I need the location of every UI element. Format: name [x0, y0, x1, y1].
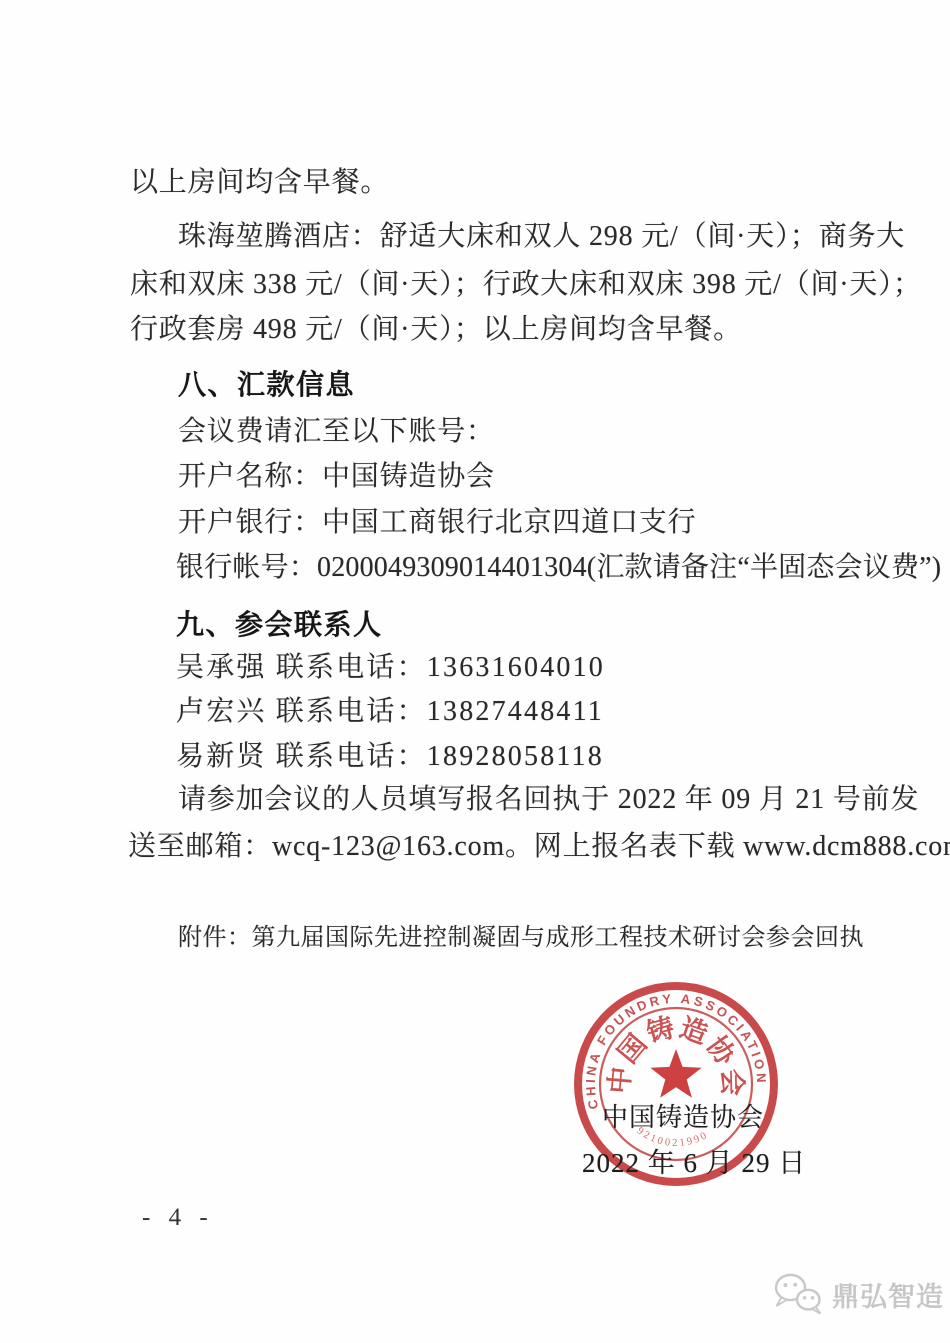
seal-star-icon	[650, 1049, 701, 1098]
section-heading-remittance: 八、汇款信息	[178, 366, 355, 404]
remittance-line-account-name: 开户名称：中国铸造协会	[178, 458, 495, 496]
contact-person-3: 易新贤 联系电话：18928058118	[176, 738, 604, 776]
contact-person-2: 卢宏兴 联系电话：13827448411	[176, 693, 604, 731]
remittance-line-bank: 开户银行：中国工商银行北京四道口支行	[178, 504, 696, 542]
document-page: 以上房间均含早餐。 珠海堃腾酒店：舒适大床和双人 298 元/（间·天）；商务大…	[0, 0, 950, 1343]
hotel-paragraph-line-2: 珠海堃腾酒店：舒适大床和双人 298 元/（间·天）；商务大	[178, 218, 905, 256]
hotel-paragraph-line-4: 行政套房 498 元/（间·天）；以上房间均含早餐。	[130, 311, 742, 349]
page-number: - 4 -	[142, 1204, 210, 1232]
registration-note-line-2: 送至邮箱：wcq-123@163.com。网上报名表下载 www.dcm888.…	[128, 828, 950, 866]
wechat-logo-icon	[770, 1270, 826, 1318]
remittance-line-account-number: 银行帐号：0200049309014401304(汇款请备注“半固态会议费”)	[176, 549, 941, 587]
attachment-line: 附件：第九届国际先进控制凝固与成形工程技术研讨会参会回执	[178, 919, 864, 957]
signature-date: 2022 年 6 月 29 日	[582, 1141, 806, 1180]
registration-note-line-1: 请参加会议的人员填写报名回执于 2022 年 09 月 21 号前发	[178, 781, 919, 819]
hotel-paragraph-line-3: 床和双床 338 元/（间·天）；行政大床和双床 398 元/（间·天）；	[130, 266, 922, 304]
hotel-paragraph-line-1: 以上房间均含早餐。	[130, 164, 389, 202]
watermark-label: 鼎弘智造	[832, 1275, 944, 1314]
signature-organization: 中国铸造协会	[602, 1097, 764, 1134]
watermark: 鼎弘智造	[770, 1270, 944, 1318]
contact-person-1: 吴承强 联系电话：13631604010	[176, 649, 605, 687]
remittance-line-1: 会议费请汇至以下账号：	[178, 413, 495, 451]
section-heading-contacts: 九、参会联系人	[176, 606, 383, 644]
